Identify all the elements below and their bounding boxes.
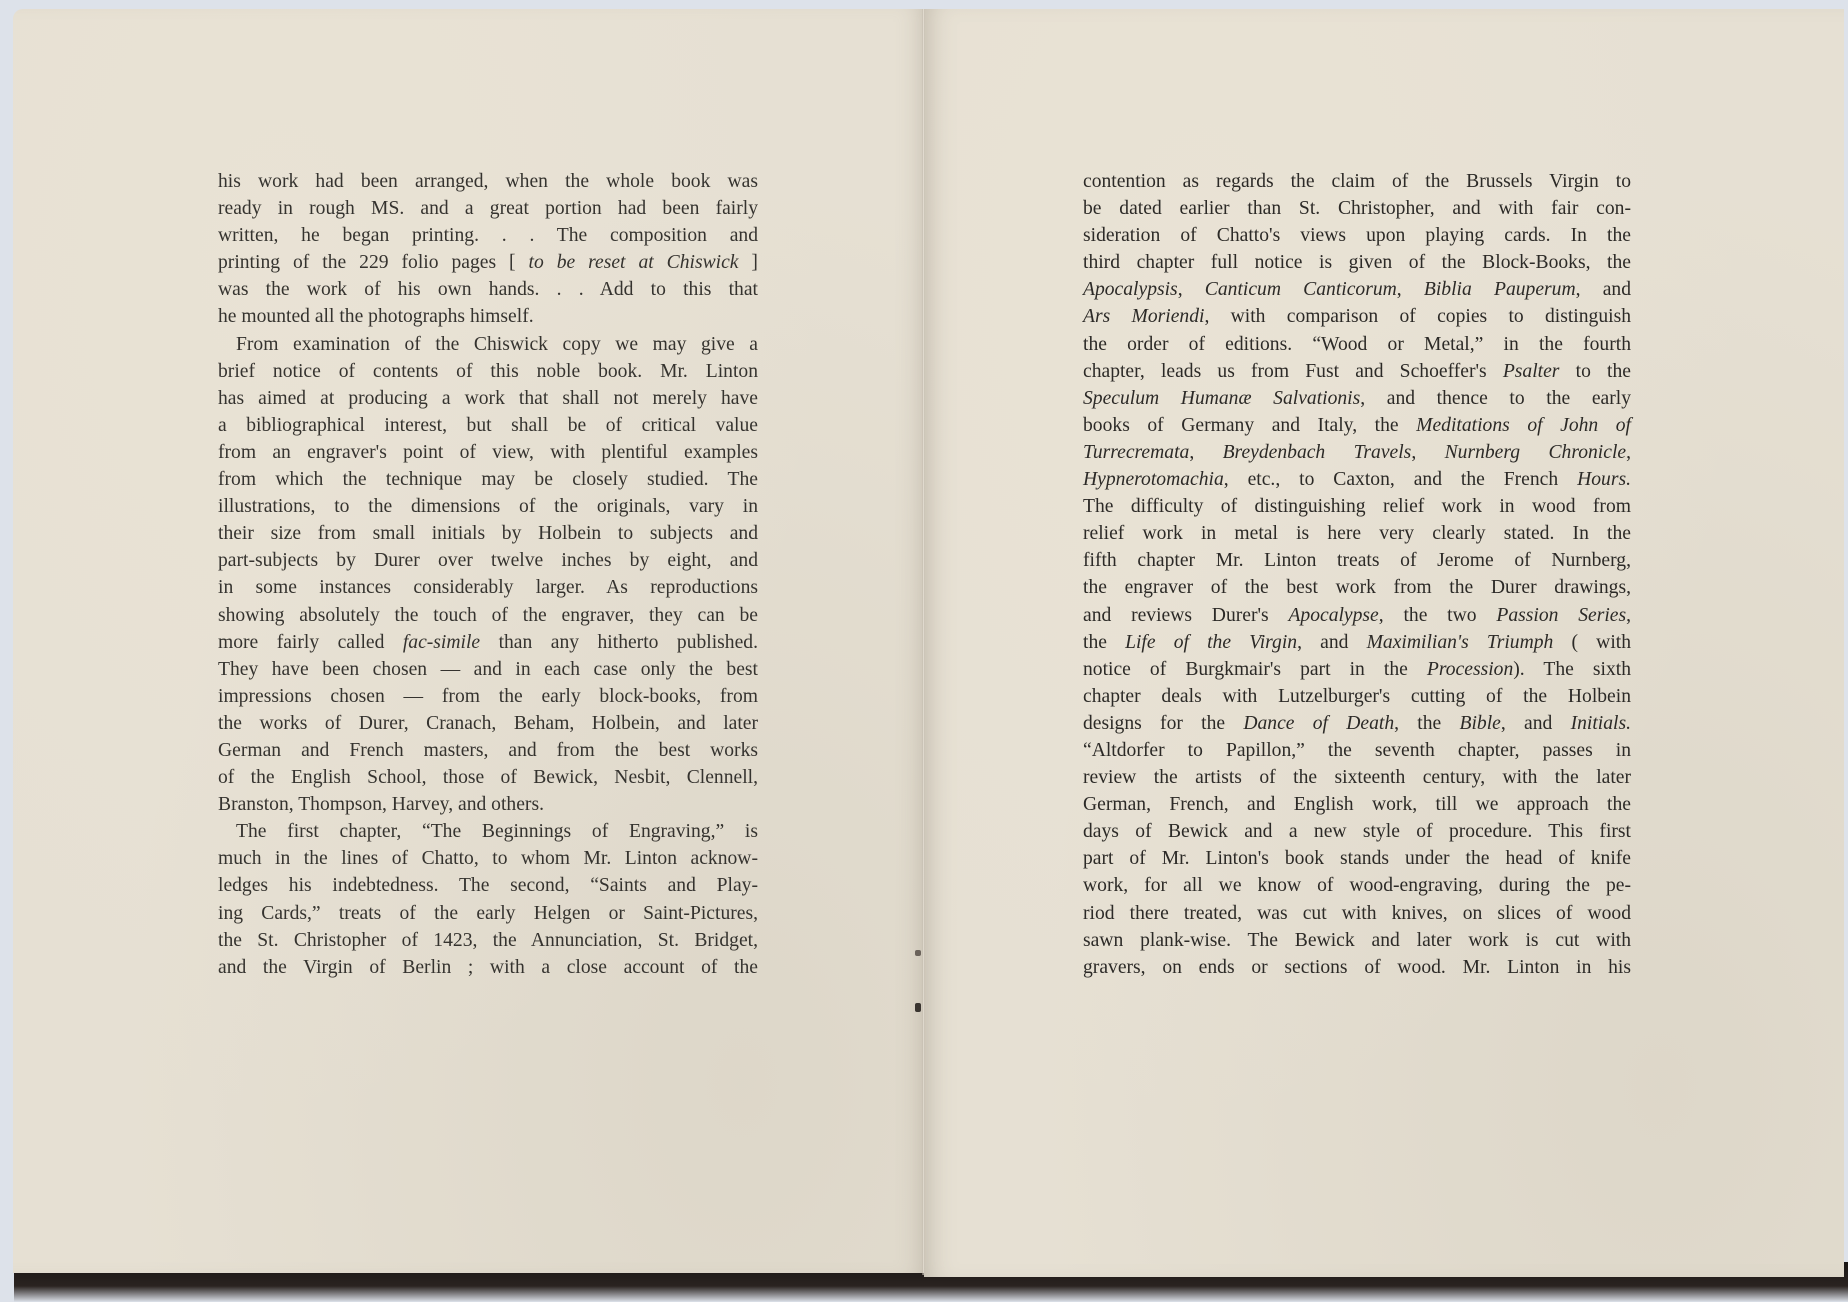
italic-run: Dance of Death [1243,713,1394,734]
text-run: ( with [1553,632,1631,653]
text-run: ). The sixth [1513,659,1631,680]
text-line: relief work in metal is here very clearl… [1083,520,1631,547]
text-line: third chapter full notice is given of th… [1083,249,1631,276]
italic-run: Ars Moriendi [1083,306,1204,327]
text-line: fifth chapter Mr. Linton treats of Jerom… [1083,547,1631,574]
italic-run: Initials. [1571,713,1631,734]
staple-mark-icon [915,1003,921,1012]
text-line: work, for all we know of wood-engraving,… [1083,872,1631,899]
text-line: books of Germany and Italy, the Meditati… [1083,412,1631,439]
text-line: designs for the Dance of Death, the Bibl… [1083,710,1631,737]
text-line: of the English School, those of Bewick, … [218,764,758,791]
text-line: gravers, on ends or sections of wood. Mr… [1083,954,1631,981]
paragraph-start: From examination of the Chiswick copy we… [218,331,758,358]
staple-mark-icon [915,950,921,956]
text-run: books of Germany and Italy, the [1083,415,1416,436]
text-run: , the two [1379,605,1497,626]
text-line: the Life of the Virgin, and Maximilian's… [1083,629,1631,656]
text-line: has aimed at producing a work that shall… [218,385,758,412]
italic-run: Hours. [1577,469,1631,490]
text-line: and reviews Durer's Apocalypse, the two … [1083,602,1631,629]
text-line: ready in rough MS. and a great portion h… [218,195,758,222]
text-line: ledges his indebtedness. The second, “Sa… [218,872,758,899]
text-line: Ars Moriendi, with comparison of copies … [1083,303,1631,330]
italic-run: Meditations of John of [1416,415,1631,436]
text-run: , and [1576,279,1631,300]
italic-run: fac-simile [403,632,480,653]
text-line: Apocalypsis, Canticum Canticorum, Biblia… [1083,276,1631,303]
italic-run: Turrecremata [1083,442,1189,463]
italic-run: Maximilian's Triumph [1367,632,1554,653]
text-line: notice of Burgkmair's part in the Proces… [1083,656,1631,683]
text-line: impressions chosen — from the early bloc… [218,683,758,710]
text-line: sideration of Chatto's views upon playin… [1083,222,1631,249]
text-line: the St. Christopher of 1423, the Annunci… [218,927,758,954]
text-run: , etc., to Caxton, and the French [1224,469,1577,490]
text-line: Branston, Thompson, Harvey, and others. [218,791,758,818]
text-line: he mounted all the photographs himself. [218,303,758,330]
text-line: contention as regards the claim of the B… [1083,168,1631,195]
text-run: more fairly called [218,632,403,653]
text-run: , and [1297,632,1367,653]
text-line: They have been chosen — and in each case… [218,656,758,683]
text-line: ing Cards,” treats of the early Helgen o… [218,900,758,927]
text-line: “Altdorfer to Papillon,” the seventh cha… [1083,737,1631,764]
text-line: sawn plank-wise. The Bewick and later wo… [1083,927,1631,954]
text-run: , and thence to the early [1360,388,1631,409]
italic-run: Nurnberg Chronicle [1445,442,1627,463]
text-line: the works of Durer, Cranach, Beham, Holb… [218,710,758,737]
text-line: The difficulty of distinguishing relief … [1083,493,1631,520]
text-line: chapter deals with Lutzelburger's cuttin… [1083,683,1631,710]
text-line: Turrecremata, Breydenbach Travels, Nurnb… [1083,439,1631,466]
text-line: brief notice of contents of this noble b… [218,358,758,385]
italic-run: Hypnerotomachia [1083,469,1224,490]
italic-run: Bible [1460,713,1501,734]
text-line: part-subjects by Durer over twelve inche… [218,547,758,574]
text-run: printing of the 229 folio pages [ [218,252,529,273]
text-run: , with comparison of copies to distingui… [1204,306,1631,327]
text-line: written, he began printing. . . The comp… [218,222,758,249]
text-line: their size from small initials by Holbei… [218,520,758,547]
text-run: , [1626,442,1631,463]
italic-run: Biblia Pauperum [1424,279,1576,300]
text-run: ] [738,252,757,273]
text-line: in some instances considerably larger. A… [218,574,758,601]
italic-run: Apocalypse [1288,605,1378,626]
text-run: , [1397,279,1424,300]
text-run: the [1083,632,1125,653]
text-line: chapter, leads us from Fust and Schoeffe… [1083,358,1631,385]
paragraph-start: The first chapter, “The Beginnings of En… [218,818,758,845]
text-line: printing of the 229 folio pages [ to be … [218,249,758,276]
italic-run: Canticum Canticorum [1205,279,1397,300]
text-line: be dated earlier than St. Christopher, a… [1083,195,1631,222]
text-line: Speculum Humanæ Salvationis, and thence … [1083,385,1631,412]
text-run: , and [1501,713,1571,734]
italic-run: Passion Series [1496,605,1626,626]
text-run: , [1189,442,1222,463]
text-line: part of Mr. Linton's book stands under t… [1083,845,1631,872]
right-page-body: contention as regards the claim of the B… [1083,168,1631,981]
text-run: and reviews Durer's [1083,605,1288,626]
italic-run: Procession [1427,659,1513,680]
text-run: designs for the [1083,713,1243,734]
text-line: and the Virgin of Berlin ; with a close … [218,954,758,981]
text-run: notice of Burgkmair's part in the [1083,659,1427,680]
text-line: German, French, and English work, till w… [1083,791,1631,818]
text-line: showing absolutely the touch of the engr… [218,602,758,629]
text-line: more fairly called fac-simile than any h… [218,629,758,656]
italic-run: Life of the Virgin [1125,632,1297,653]
text-line: illustrations, to the dimensions of the … [218,493,758,520]
text-line: days of Bewick and a new style of proced… [1083,818,1631,845]
text-run: , [1626,605,1631,626]
text-line: the engraver of the best work from the D… [1083,574,1631,601]
text-line: from an engraver's point of view, with p… [218,439,758,466]
text-line: Hypnerotomachia, etc., to Caxton, and th… [1083,466,1631,493]
text-run: , [1411,442,1444,463]
italic-run: Speculum Humanæ Salvationis [1083,388,1360,409]
text-run: to the [1559,361,1631,382]
text-line: much in the lines of Chatto, to whom Mr.… [218,845,758,872]
text-line: review the artists of the sixteenth cent… [1083,764,1631,791]
left-page-body: his work had been arranged, when the who… [218,168,758,981]
text-run: than any hitherto published. [480,632,758,653]
text-line: his work had been arranged, when the who… [218,168,758,195]
italic-run: Breydenbach Travels [1223,442,1412,463]
italic-run: Psalter [1503,361,1560,382]
text-run: , [1178,279,1205,300]
text-line: a bibliographical interest, but shall be… [218,412,758,439]
italic-run: to be reset at Chiswick [529,252,739,273]
text-line: from which the technique may be closely … [218,466,758,493]
italic-run: Apocalypsis [1083,279,1178,300]
text-run: chapter, leads us from Fust and Schoeffe… [1083,361,1503,382]
text-line: was the work of his own hands. . . Add t… [218,276,758,303]
text-line: riod there treated, was cut with knives,… [1083,900,1631,927]
text-run: , the [1394,713,1459,734]
booklet-spine [922,9,925,1275]
text-line: German and French masters, and from the … [218,737,758,764]
text-line: the order of editions. “Wood or Metal,” … [1083,331,1631,358]
